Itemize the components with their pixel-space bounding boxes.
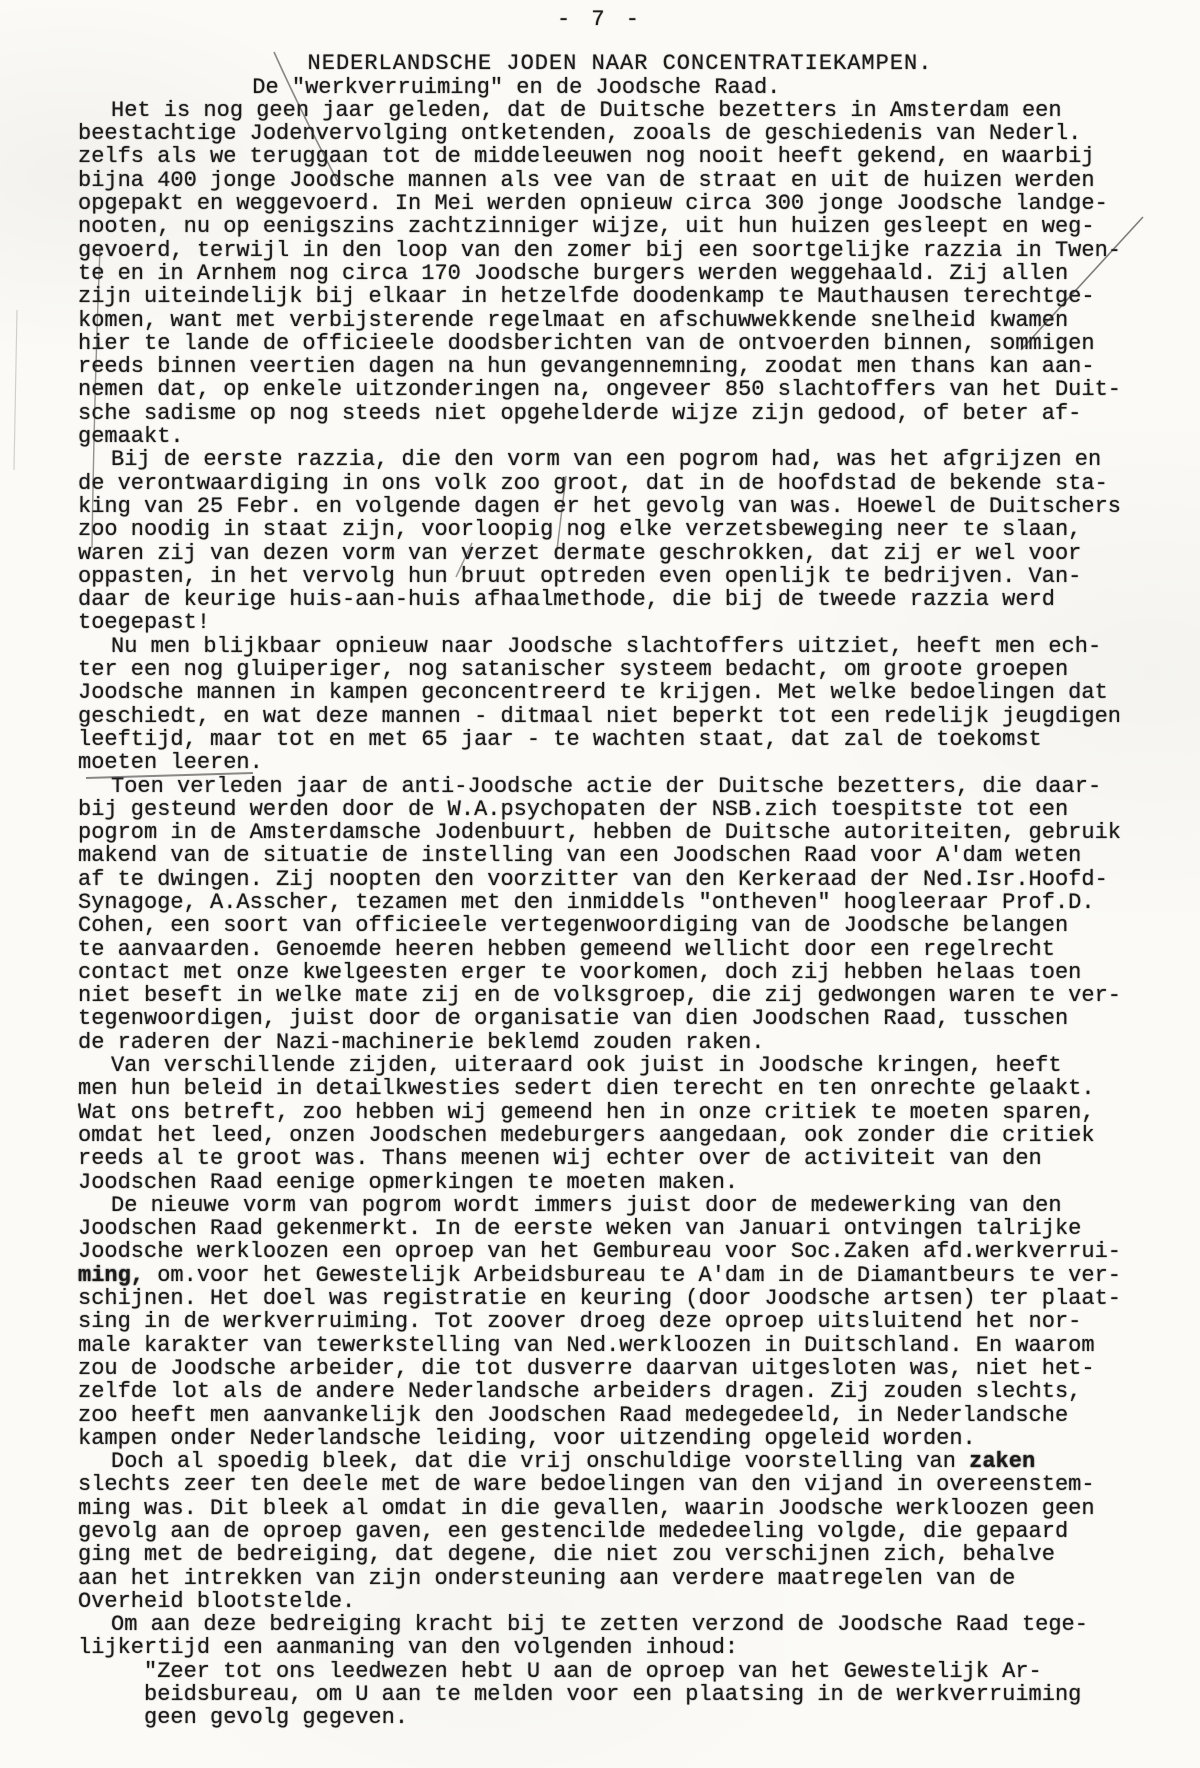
text-line: schijnen. Het doel was registratie en ke… [78,1287,1162,1310]
text-line: af te dwingen. Zij noopten den voorzitte… [78,868,1162,891]
text-line: ging met de bedreiging, dat degene, die … [78,1543,1162,1566]
text-line: "Zeer tot ons leedwezen hebt U aan de op… [144,1660,1162,1683]
text-line: Bij de eerste razzia, die den vorm van e… [78,448,1162,471]
text-line: aan het intrekken van zijn ondersteuning… [78,1567,1162,1590]
text-line: zoo noodig in staat zijn, voorloopig nog… [78,518,1162,541]
text-line: nemen dat, op enkele uitzonderingen na, … [78,378,1162,401]
text-line: de raderen der Nazi-machinerie beklemd z… [78,1031,1162,1054]
paragraph: Bij de eerste razzia, die den vorm van e… [78,448,1162,634]
paragraph: Van verschillende zijden, uiteraard ook … [78,1054,1162,1194]
text-line: De nieuwe vorm van pogrom wordt immers j… [78,1194,1162,1217]
text-line: ming was. Dit bleek al omdat in die geva… [78,1497,1162,1520]
text-line: pogrom in de Amsterdamsche Jodenbuurt, h… [78,821,1162,844]
text-line: omdat het leed, onzen Joodschen medeburg… [78,1124,1162,1147]
text-line: male karakter van tewerkstelling van Ned… [78,1334,1162,1357]
text-line: zou de Joodsche arbeider, die tot dusver… [78,1357,1162,1380]
text-line: waren zij van dezen vorm van verzet derm… [78,542,1162,565]
text-line: sing in de werkverruiming. Tot zoover dr… [78,1310,1162,1333]
text-line: beidsbureau, om U aan te melden voor een… [144,1683,1162,1706]
text-line: Wat ons betreft, zoo hebben wij gemeend … [78,1101,1162,1124]
quoted-notice: "Zeer tot ons leedwezen hebt U aan de op… [144,1660,1162,1730]
paragraph: Doch al spoedig bleek, dat die vrij onsc… [78,1450,1162,1613]
text-line: bijna 400 jonge Joodsche mannen als vee … [78,169,1162,192]
text-line: zelfs als we teruggaan tot de middeleeuw… [78,145,1162,168]
text-line: geen gevolg gegeven. [144,1706,1162,1729]
text-line: Joodsche mannen in kampen geconcentreerd… [78,681,1162,704]
text-line: geschiedt, en wat deze mannen - ditmaal … [78,705,1162,728]
text-line: Cohen, een soort van officieele vertegen… [78,914,1162,937]
paragraph: Het is nog geen jaar geleden, dat de Dui… [78,99,1162,448]
text-line: Joodschen Raad gekenmerkt. In de eerste … [78,1217,1162,1240]
text-line: ter een nog gluiperiger, nog satanischer… [78,658,1162,681]
text-line: moeten leeren. [78,751,1162,774]
paragraph: Om aan deze bedreiging kracht bij te zet… [78,1613,1162,1660]
text-line: oppasten, in het vervolg hun bruut optre… [78,565,1162,588]
text-line: kampen onder Nederlandsche leiding, voor… [78,1427,1162,1450]
text-line: Om aan deze bedreiging kracht bij te zet… [78,1613,1162,1636]
text-line: Doch al spoedig bleek, dat die vrij onsc… [78,1450,1162,1473]
text-line: gemaakt. [78,425,1162,448]
paragraph: Toen verleden jaar de anti-Joodsche acti… [78,775,1162,1055]
text-line: leeftijd, maar tot en met 65 jaar - te w… [78,728,1162,751]
text-line: gevoerd, terwijl in den loop van den zom… [78,239,1162,262]
text-line: zoo heeft men aanvankelijk den Joodschen… [78,1404,1162,1427]
text-line: komen, want met verbijsterende regelmaat… [78,309,1162,332]
text-line: te en in Arnhem nog circa 170 Joodsche b… [78,262,1162,285]
scanned-document-page: - 7 - NEDERLANDSCHE JODEN NAAR CONCENTRA… [0,0,1200,1768]
text-line: contact met onze kwelgeesten erger te vo… [78,961,1162,984]
text-line: de verontwaardiging in ons volk zoo groo… [78,472,1162,495]
text-line: men hun beleid in detailkwesties sedert … [78,1077,1162,1100]
text-line: Synagoge, A.Asscher, tezamen met den inm… [78,891,1162,914]
article: NEDERLANDSCHE JODEN NAAR CONCENTRATIEKAM… [0,52,1200,1729]
text-line: bij gesteund werden door de W.A.psychopa… [78,798,1162,821]
paragraph: Nu men blijkbaar opnieuw naar Joodsche s… [78,635,1162,775]
text-line: nooten, nu op eenigszins zachtzinniger w… [78,215,1162,238]
text-line: Het is nog geen jaar geleden, dat de Dui… [78,99,1162,122]
text-line: lijkertijd een aanmaning van den volgend… [78,1636,1162,1659]
text-line: niet beseft in welke mate zij en de volk… [78,984,1162,1007]
text-line: tegenwoordigen, juist door de organisati… [78,1007,1162,1030]
text-line: Overheid blootstelde. [78,1590,1162,1613]
article-subtitle: De "werkverruiming" en de Joodsche Raad. [252,76,1162,99]
text-line: zijn uiteindelijk bij elkaar in hetzelfd… [78,285,1162,308]
text-line: te aanvaarden. Genoemde heeren hebben ge… [78,938,1162,961]
text-line: reeds binnen veertien dagen na hun gevan… [78,355,1162,378]
text-line: sche sadisme op nog steeds niet opgeheld… [78,402,1162,425]
paragraph: De nieuwe vorm van pogrom wordt immers j… [78,1194,1162,1450]
article-body: Het is nog geen jaar geleden, dat de Dui… [78,99,1162,1730]
text-line: Toen verleden jaar de anti-Joodsche acti… [78,775,1162,798]
text-line: hier te lande de officieele doodsbericht… [78,332,1162,355]
text-line: opgepakt en weggevoerd. In Mei werden op… [78,192,1162,215]
text-line: daar de keurige huis-aan-huis afhaalmeth… [78,588,1162,611]
text-line: Joodsche werkloozen een oproep van het G… [78,1240,1162,1263]
text-line: king van 25 Febr. en volgende dagen er h… [78,495,1162,518]
text-line: toegepast! [78,611,1162,634]
text-line: Van verschillende zijden, uiteraard ook … [78,1054,1162,1077]
page-number: - 7 - [0,0,1200,31]
text-line: Nu men blijkbaar opnieuw naar Joodsche s… [78,635,1162,658]
text-line: makend van de situatie de instelling van… [78,844,1162,867]
text-line: Joodschen Raad eenige opmerkingen te moe… [78,1171,1162,1194]
text-line: zelfde lot als de andere Nederlandsche a… [78,1380,1162,1403]
text-line: slechts zeer ten deele met de ware bedoe… [78,1473,1162,1496]
article-title: NEDERLANDSCHE JODEN NAAR CONCENTRATIEKAM… [78,52,1162,75]
text-line: beestachtige Jodenvervolging ontketenden… [78,122,1162,145]
text-line: ming, om.voor het Gewestelijk Arbeidsbur… [78,1264,1162,1287]
text-line: reeds al te groot was. Thans meenen wij … [78,1147,1162,1170]
text-line: gevolg aan de oproep gaven, een gestenci… [78,1520,1162,1543]
